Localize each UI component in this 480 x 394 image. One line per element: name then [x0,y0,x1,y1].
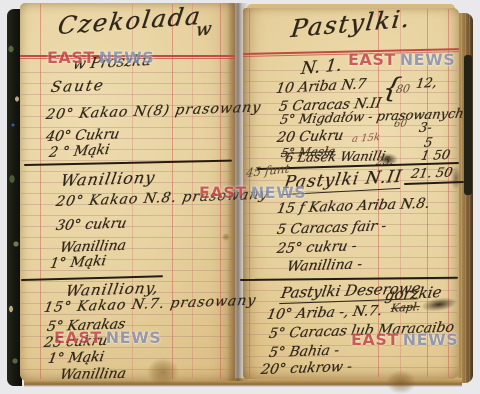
qty-note: 60 [393,118,407,130]
ingredient-line: 20° cukrow - [260,359,354,378]
east-news-watermark: EASTNEWS [54,328,161,347]
unit-price-note: a 15k [351,132,380,145]
watermark-east: EAST [351,330,399,349]
crossed-out-note: Kapł. [390,300,421,315]
watermark-news: NEWS [251,183,307,202]
recipe1-heading: N. 1. [300,55,343,79]
paper-stain [386,370,416,394]
east-news-watermark: EASTNEWS [199,183,306,202]
qty-note: 80 [395,82,411,96]
handwritten-line: Wanillina [58,366,127,383]
watermark-east: EAST [199,183,247,202]
watermark-east: EAST [47,48,95,67]
cover-edge-right [464,55,472,195]
section-heading: Wanilliony [59,168,157,190]
watermark-news: NEWS [99,48,155,67]
paper-stain [147,358,179,386]
watermark-news: NEWS [403,330,459,349]
ingredient-line: 25° cukru - [276,238,358,257]
watermark-news: NEWS [400,50,456,69]
notebook-photo: Czekolada w w Proszku Saute 20° Kakao N(… [0,0,480,394]
handwritten-line: 1° Mąki [49,253,107,272]
handwritten-line: 2 ° Mąki [48,142,111,161]
handwritten-line: 1° Mąki [47,349,106,367]
watermark-news: NEWS [106,328,162,347]
ingredient-line: 5° Bahia - [268,343,341,362]
price-value: 12, [415,75,438,92]
price-value: 3- [418,121,433,137]
ink-blot [378,153,398,166]
ink-smudge [451,166,461,190]
total-price: 21. 50 [410,166,454,183]
handwritten-line: Saute [49,76,106,96]
east-news-watermark: EASTNEWS [351,330,458,349]
paper-stain [222,233,230,241]
ingredient-line: 6 Lasek Wanilli [284,149,387,166]
watermark-east: EAST [54,328,102,347]
east-news-watermark: EASTNEWS [348,50,455,69]
left-page-title-suffix: w [195,18,213,41]
east-news-watermark: EASTNEWS [47,48,154,67]
margin-line [40,4,41,379]
watermark-east: EAST [348,50,396,69]
ingredient-line: Wanillina - [286,256,364,275]
handwritten-line: 30° cukru [55,215,128,234]
